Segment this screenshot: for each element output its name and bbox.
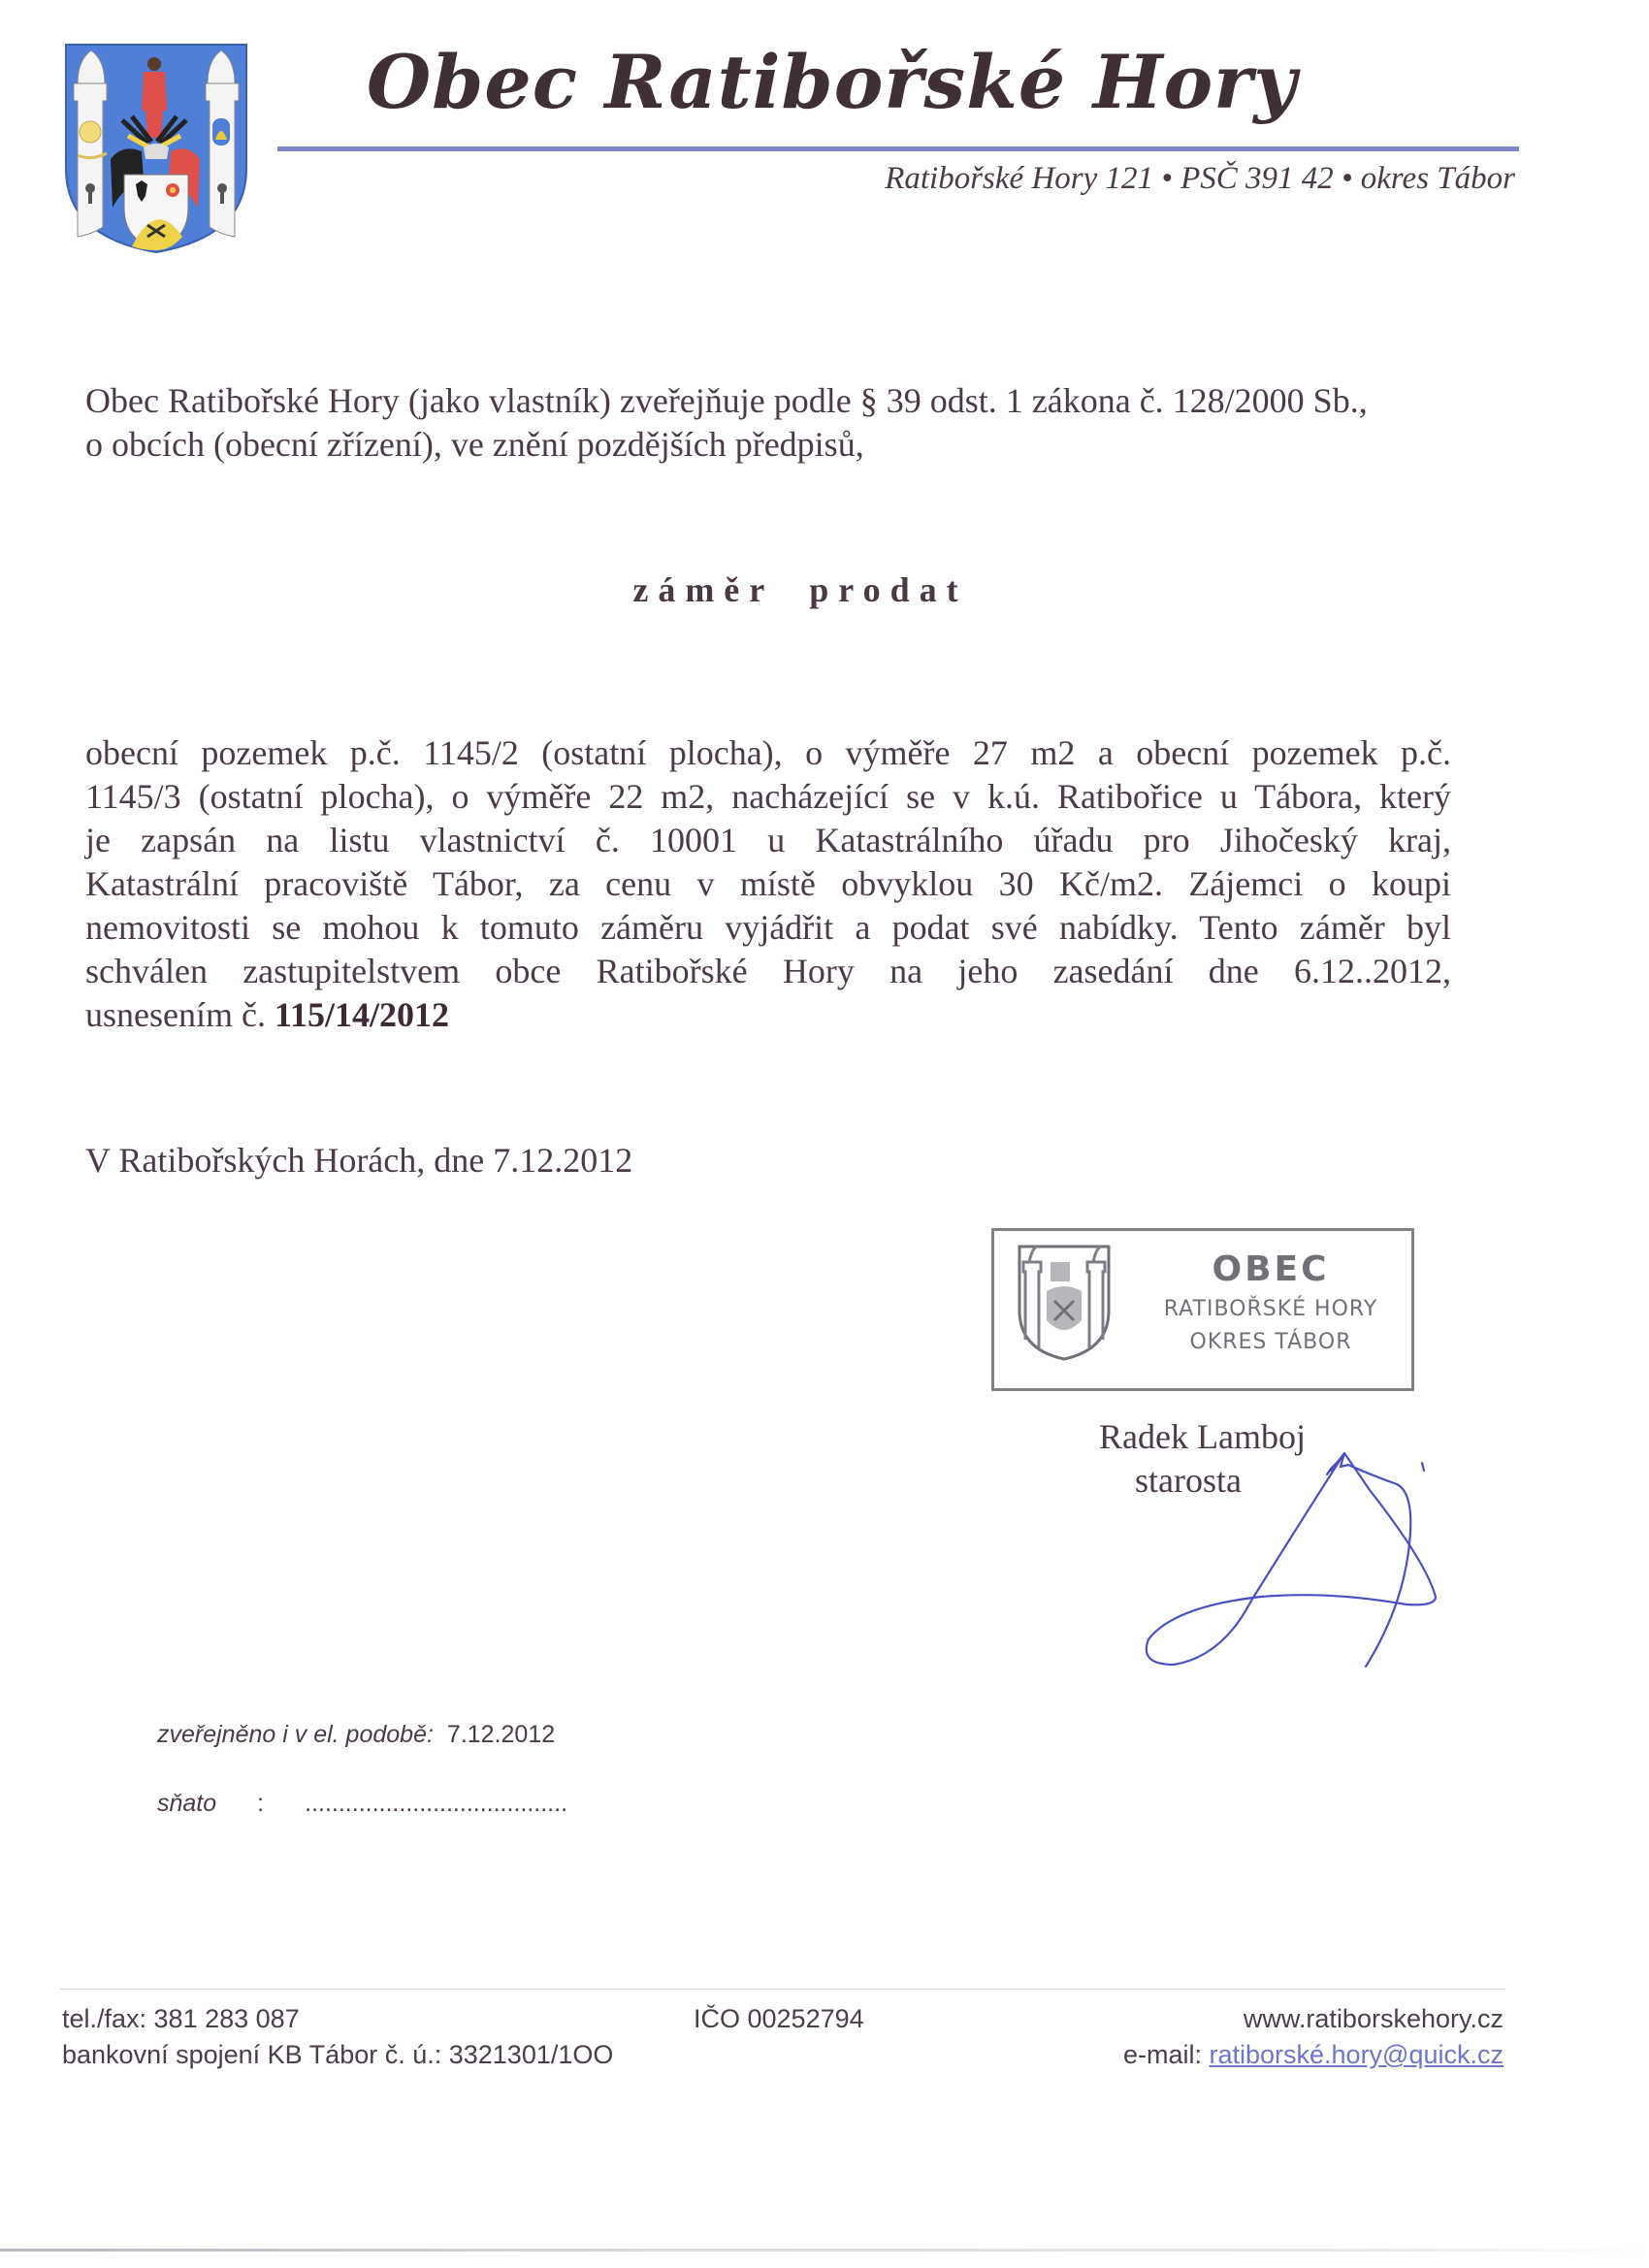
intro-line: Obec Ratibořské Hory (jako vlastník) zve…	[85, 379, 1482, 423]
header-address: Ratibořské Hory 121 • PSČ 391 42 • okres…	[885, 161, 1515, 197]
stamp-text: OBEC RATIBOŘSKÉ HORY OKRES TÁBOR	[1130, 1248, 1411, 1357]
paragraph-line: Katastrální pracoviště Tábor, za cenu v …	[85, 862, 1451, 906]
paragraph-line: je zapsán na listu vlastnictví č. 10001 …	[85, 819, 1451, 862]
footer-company-id: IČO 00252794	[694, 2004, 864, 2034]
main-paragraph: obecní pozemek p.č. 1145/2 (ostatní ploc…	[85, 731, 1451, 1037]
document-heading: záměrprodat	[0, 569, 1600, 610]
paragraph-line: 1145/3 (ostatní plocha), o výměře 22 m2,…	[85, 775, 1451, 819]
paragraph-line: obecní pozemek p.č. 1145/2 (ostatní ploc…	[85, 731, 1451, 775]
published-date: 7.12.2012	[447, 1721, 555, 1748]
scan-edge-line	[0, 2249, 1649, 2252]
place-and-date: V Ratibořských Horách, dne 7.12.2012	[85, 1140, 632, 1181]
footer-website[interactable]: www.ratiborskehory.cz	[1244, 2004, 1503, 2034]
header-divider	[277, 146, 1519, 151]
stamp-line-2: RATIBOŘSKÉ HORY	[1130, 1291, 1411, 1328]
intro-line: o obcích (obecní zřízení), ve znění pozd…	[85, 423, 1482, 467]
paragraph-line: nemovitosti se mohou k tomuto záměru vyj…	[85, 906, 1451, 950]
footer-divider	[60, 1989, 1505, 1990]
removed-note: sňato:..................................…	[157, 1790, 567, 1818]
stamp-line-3: OKRES TÁBOR	[1130, 1328, 1411, 1357]
removed-label: sňato	[157, 1790, 216, 1817]
removed-value-blank: .......................................	[305, 1790, 567, 1817]
heading-word-intent: záměr	[632, 570, 774, 609]
removed-colon: :	[257, 1790, 264, 1818]
email-label: e-mail:	[1123, 2040, 1210, 2069]
coat-of-arms-icon	[64, 43, 248, 254]
published-label: zveřejněno i v el. podobě:	[157, 1721, 434, 1748]
footer-bank-account: bankovní spojení KB Tábor č. ú.: 3321301…	[62, 2040, 613, 2070]
paragraph-line: usnesením č. 115/14/2012	[85, 993, 1451, 1037]
official-stamp: OBEC RATIBOŘSKÉ HORY OKRES TÁBOR	[991, 1228, 1414, 1391]
resolution-number: 115/14/2012	[275, 995, 449, 1034]
stamp-line-1: OBEC	[1130, 1248, 1411, 1291]
signature-icon	[1115, 1436, 1465, 1669]
heading-word-sell: prodat	[809, 570, 967, 609]
stamp-crest-icon	[1016, 1243, 1113, 1361]
paragraph-line: schválen zastupitelstvem obce Ratibořské…	[85, 950, 1451, 993]
footer-email: e-mail: ratiborské.hory@quick.cz	[1123, 2040, 1503, 2070]
page-title: Obec Ratibořské Hory	[367, 39, 1297, 125]
published-note: zveřejněno i v el. podobě:7.12.2012	[157, 1721, 555, 1749]
footer-phone: tel./fax: 381 283 087	[62, 2004, 300, 2034]
resolution-prefix: usnesením č.	[85, 995, 275, 1034]
email-link[interactable]: ratiborské.hory@quick.cz	[1209, 2040, 1503, 2069]
intro-paragraph: Obec Ratibořské Hory (jako vlastník) zve…	[85, 379, 1482, 467]
